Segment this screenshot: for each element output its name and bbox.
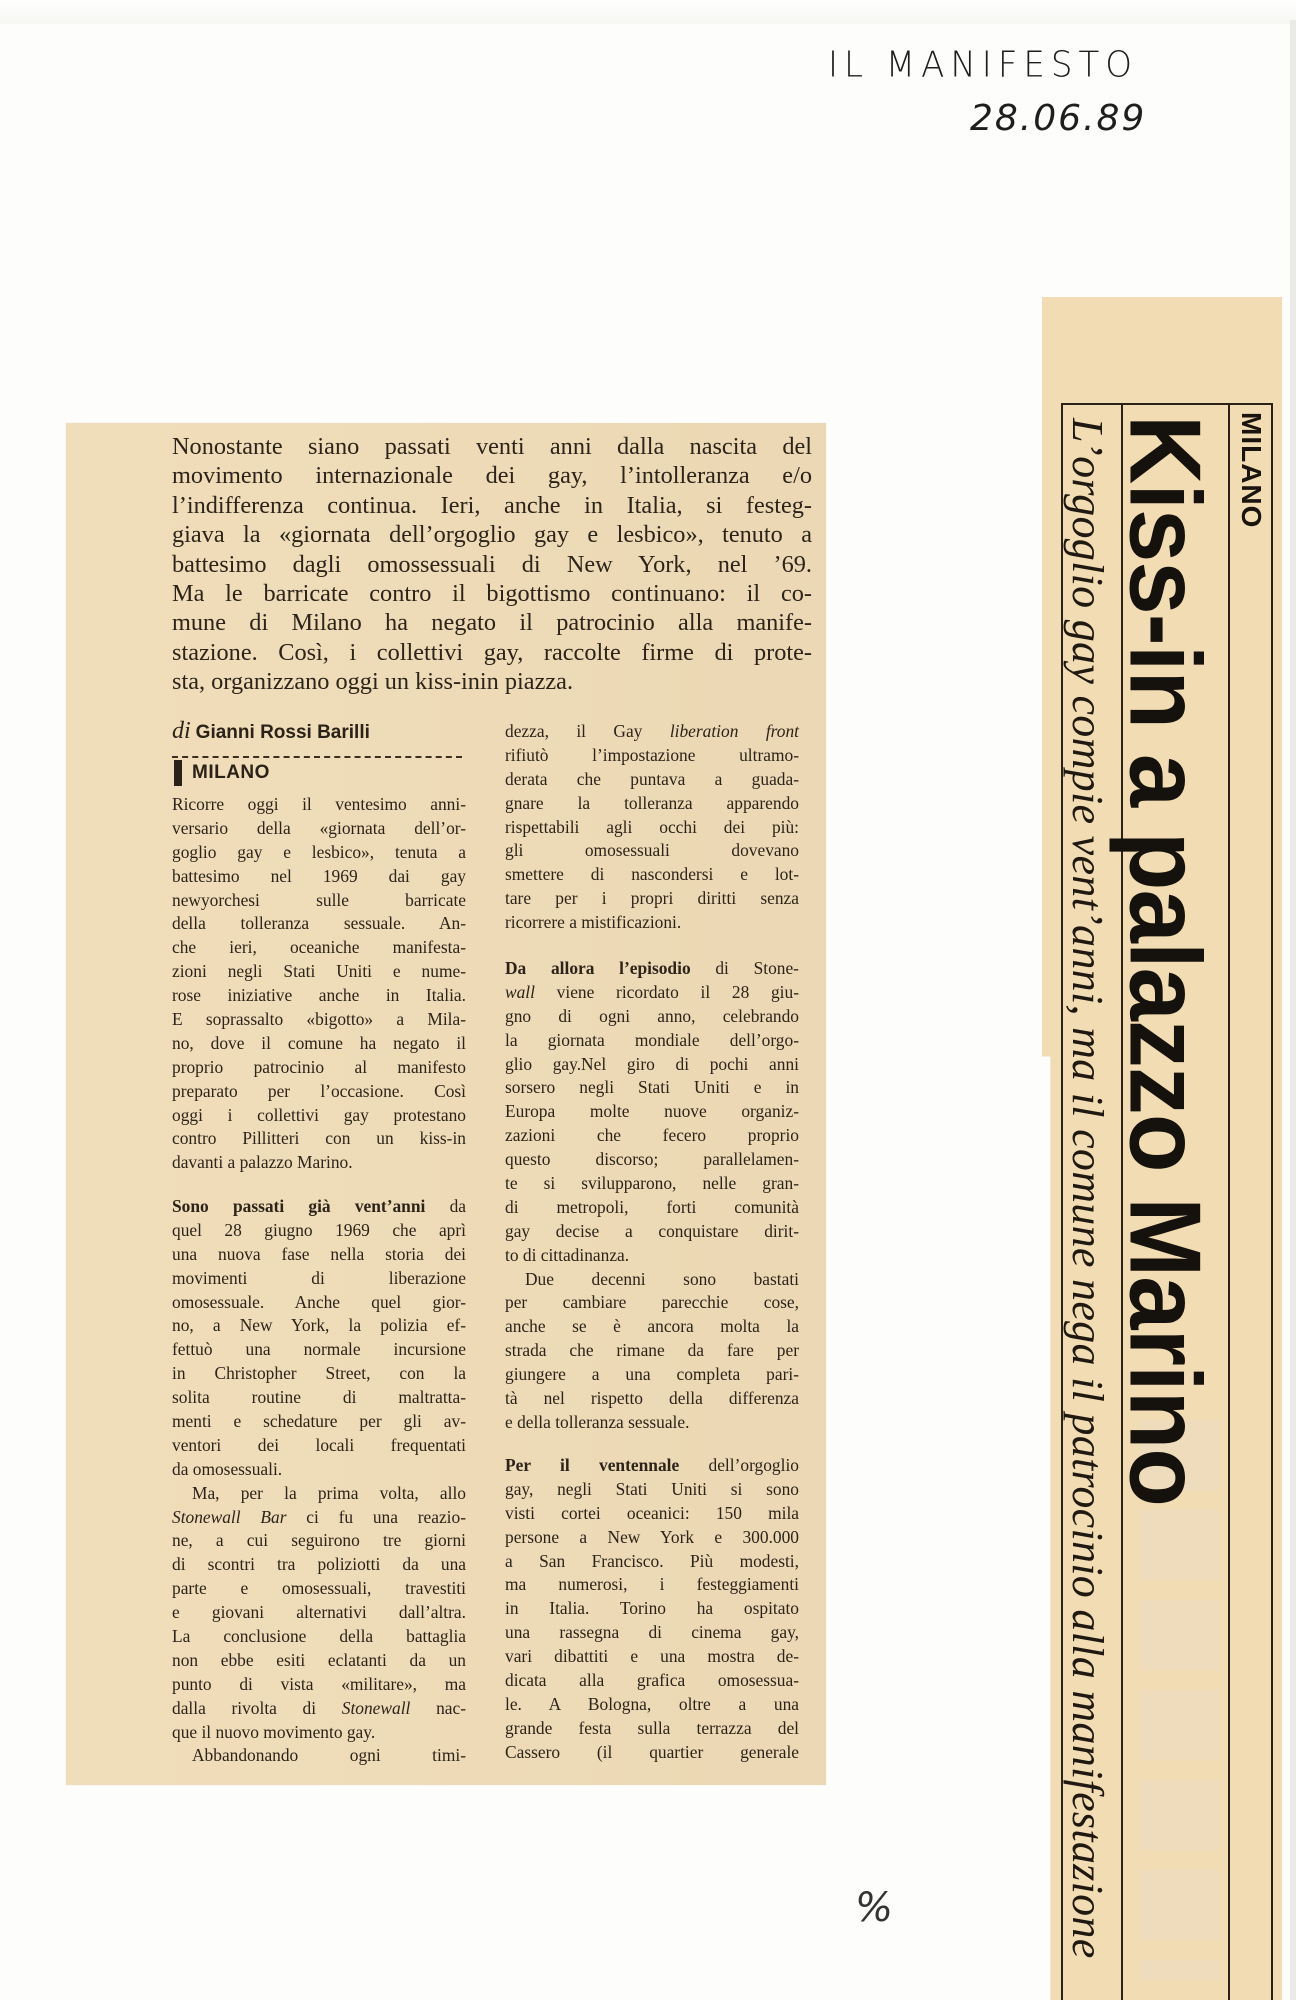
text-fragment: nac- xyxy=(436,1698,466,1718)
text-line: fettuò una normale incursione xyxy=(172,1338,466,1362)
subheadline: L’orgoglio gay compie vent’anni, ma il c… xyxy=(1062,418,1113,1959)
text-line: menti e schedature per gli av- xyxy=(172,1410,466,1434)
text-line: tà nel rispetto della differenza xyxy=(505,1387,799,1411)
text-line: Cassero (il quartier generale xyxy=(505,1741,799,1765)
column-1-paragraph-1: Ricorre oggi il ventesimo anni- versario… xyxy=(172,793,466,1175)
text-line: a San Francisco. Più modesti, xyxy=(505,1550,799,1574)
text-line: davanti a palazzo Marino. xyxy=(172,1151,466,1175)
text-line: tare per i propri diritti senza xyxy=(505,887,799,911)
column-1-paragraph-2: Sono passati già vent’anni da quel 28 gi… xyxy=(172,1195,466,1768)
text-line: della tolleranza sessuale. An- xyxy=(172,912,466,936)
text-line: gno di ogni anno, celebrando xyxy=(505,1005,799,1029)
text-line: smettere di nascondersi e lot- xyxy=(505,863,799,887)
text-line: di metropoli, forti comunità xyxy=(505,1196,799,1220)
byline: di Gianni Rossi Barilli xyxy=(172,718,370,745)
text-fragment: dalla rivolta di xyxy=(172,1698,316,1718)
text-line: una rassegna di cinema gay, xyxy=(505,1621,799,1645)
byline-prefix: di xyxy=(172,718,191,744)
handwritten-page-mark: % xyxy=(855,1885,899,1931)
text-line: e della tolleranza sessuale. xyxy=(505,1411,799,1435)
text-line: non ebbe esiti eclatanti da un xyxy=(172,1649,466,1673)
text-line: zioni negli Stati Uniti e nume- xyxy=(172,960,466,984)
dateline-city: MILANO xyxy=(192,762,270,784)
text-fragment: viene ricordato il 28 giu- xyxy=(535,982,799,1002)
text-line: visti cortei oceanici: 150 mila xyxy=(505,1502,799,1526)
text-line: Abbandonando ogni timi- xyxy=(172,1744,466,1768)
text-line: quel 28 giugno 1969 che aprì xyxy=(172,1219,466,1243)
text-line: Ma, per la prima volta, allo xyxy=(172,1482,466,1506)
text-line: E soprassalto «bigotto» a Mila- xyxy=(172,1008,466,1032)
text-line: le. A Bologna, oltre a una xyxy=(505,1693,799,1717)
text-line: gli omosessuali dovevano xyxy=(505,839,799,863)
author-name: Gianni Rossi Barilli xyxy=(196,722,370,743)
column-2-paragraph-1: dezza, il Gay liberation front rifiutò l… xyxy=(505,720,799,935)
text-line: movimenti di liberazione xyxy=(172,1267,466,1291)
text-line: da omosessuali. xyxy=(172,1458,466,1482)
text-line: newyorchesi sulle barricate xyxy=(172,889,466,913)
article-lede: Nonostante siano passati venti anni dall… xyxy=(172,432,812,697)
text-line: solita routine di maltratta- xyxy=(172,1386,466,1410)
lede-line: giava la «giornata dell’orgoglio gay e l… xyxy=(172,520,812,549)
text-line: rispettabili agli occhi dei più: xyxy=(505,816,799,840)
lede-line: battesimo dagli omossessuali di New York… xyxy=(172,550,812,579)
text-line: in Christopher Street, con la xyxy=(172,1362,466,1386)
text-line: contro Pillitteri con un kiss-in xyxy=(172,1127,466,1151)
text-line: proprio patrocinio al manifesto xyxy=(172,1056,466,1080)
lede-line: mune di Milano ha negato il patrocinio a… xyxy=(172,608,812,637)
text-line: versario della «giornata dell’or- xyxy=(172,817,466,841)
text-line: Ricorre oggi il ventesimo anni- xyxy=(172,793,466,817)
text-line: omosessuale. Anche quel gior- xyxy=(172,1291,466,1315)
text-line: strada che rimane da fare per xyxy=(505,1339,799,1363)
text-line: gay, negli Stati Uniti si sono xyxy=(505,1478,799,1502)
text-line: ne, a cui seguirono tre giorni xyxy=(172,1529,466,1553)
paragraph-lead: Per il ventennale xyxy=(505,1455,679,1475)
text-line: in Italia. Torino ha ospitato xyxy=(505,1597,799,1621)
lede-line: l’indifferenza continua. Ieri, anche in … xyxy=(172,491,812,520)
text-line: te si svilupparono, nelle gran- xyxy=(505,1172,799,1196)
italic-term: Stonewall xyxy=(342,1698,411,1718)
lede-line: movimento internazionale dei gay, l’into… xyxy=(172,461,812,490)
scan-top-edge xyxy=(0,0,1296,24)
text-line: parte e omosessuali, travestiti xyxy=(172,1577,466,1601)
text-line: per cambiare parecchie cose, xyxy=(505,1291,799,1315)
italic-term: wall xyxy=(505,982,535,1002)
lede-line: stazione. Così, i collettivi gay, raccol… xyxy=(172,638,812,667)
scan-right-edge xyxy=(1290,20,1296,2000)
handwritten-source-note: IL MANIFESTO xyxy=(828,44,1138,86)
column-2-paragraph-4: Per il ventennale dell’orgoglio gay, neg… xyxy=(505,1454,799,1765)
dateline-marker xyxy=(174,760,182,786)
text-line: no, a New York, la polizia ef- xyxy=(172,1314,466,1338)
text-fragment: dezza, il Gay xyxy=(505,721,642,741)
text-line: ma numerosi, i festeggiamenti xyxy=(505,1573,799,1597)
headline: Kiss-in a palazzo Marino xyxy=(1107,415,1223,1506)
text-line: di scontri tra poliziotti da una xyxy=(172,1553,466,1577)
text-line: to di cittadinanza. xyxy=(505,1244,799,1268)
text-line: glio gay.Nel giro di pochi anni xyxy=(505,1053,799,1077)
paragraph-lead: Sono passati già vent’anni xyxy=(172,1196,425,1216)
text-line: ricorrere a mistificazioni. xyxy=(505,911,799,935)
text-line: anche se è ancora molta la xyxy=(505,1315,799,1339)
handwritten-date-note: 28.06.89 xyxy=(970,98,1146,139)
text-line: que il nuovo movimento gay. xyxy=(172,1721,466,1745)
text-line: grande festa sulla terrazza del xyxy=(505,1717,799,1741)
text-fragment: dell’orgoglio xyxy=(679,1455,799,1475)
paragraph-lead: Da allora l’episodio xyxy=(505,958,691,978)
text-line: e giovani alternativi dall’altra. xyxy=(172,1601,466,1625)
strip-section-label: MILANO xyxy=(1235,412,1267,528)
text-fragment: di Stone- xyxy=(691,958,799,978)
text-line: gnare la tolleranza apparendo xyxy=(505,792,799,816)
headline-box-divider xyxy=(1228,403,1230,2000)
text-line: sorsero negli Stati Uniti e in xyxy=(505,1076,799,1100)
text-line: battesimo nel 1969 dai gay xyxy=(172,865,466,889)
italic-term: liberation front xyxy=(670,721,799,741)
text-line: persone a New York e 300.000 xyxy=(505,1526,799,1550)
text-line: rose iniziative anche in Italia. xyxy=(172,984,466,1008)
text-line: la giornata mondiale dell’orgo- xyxy=(505,1029,799,1053)
text-line: vari dibattiti e una mostra de- xyxy=(505,1645,799,1669)
lede-line: Ma le barricate contro il bigottismo con… xyxy=(172,579,812,608)
text-line: punto di vista «militare», ma xyxy=(172,1673,466,1697)
text-fragment: da xyxy=(425,1196,466,1216)
lede-line: sta, organizzano oggi un kiss-inin piazz… xyxy=(172,667,812,696)
text-line: ventori dei locali frequentati xyxy=(172,1434,466,1458)
byline-divider xyxy=(172,756,462,758)
text-line: preparato per l’occasione. Così xyxy=(172,1080,466,1104)
text-line: questo discorso; parallelamen- xyxy=(505,1148,799,1172)
text-line: derata che puntava a guada- xyxy=(505,768,799,792)
text-line: giungere a una completa pari- xyxy=(505,1363,799,1387)
text-line: dicata alla grafica omosessua- xyxy=(505,1669,799,1693)
text-line: oggi i collettivi gay protestano xyxy=(172,1104,466,1128)
dateline: MILANO xyxy=(174,760,270,786)
text-line: La conclusione della battaglia xyxy=(172,1625,466,1649)
text-line: rifiutò l’impostazione ultramo- xyxy=(505,744,799,768)
text-line: Europa molte nuove organiz- xyxy=(505,1100,799,1124)
text-line: no, dove il comune ha negato il xyxy=(172,1032,466,1056)
column-2-paragraph-2: Da allora l’episodio di Stone- wall vien… xyxy=(505,957,799,1435)
text-fragment: ci fu una reazio- xyxy=(306,1507,466,1527)
text-line: una nuova fase nella storia dei xyxy=(172,1243,466,1267)
text-line: che ieri, oceaniche manifesta- xyxy=(172,936,466,960)
italic-term: Stonewall Bar xyxy=(172,1507,286,1527)
text-line: Due decenni sono bastati xyxy=(505,1268,799,1292)
text-line: gay decise a conquistare dirit- xyxy=(505,1220,799,1244)
lede-line: Nonostante siano passati venti anni dall… xyxy=(172,432,812,461)
text-line: zazioni che fecero proprio xyxy=(505,1124,799,1148)
text-line: goglio gay e lesbico», tenuta a xyxy=(172,841,466,865)
